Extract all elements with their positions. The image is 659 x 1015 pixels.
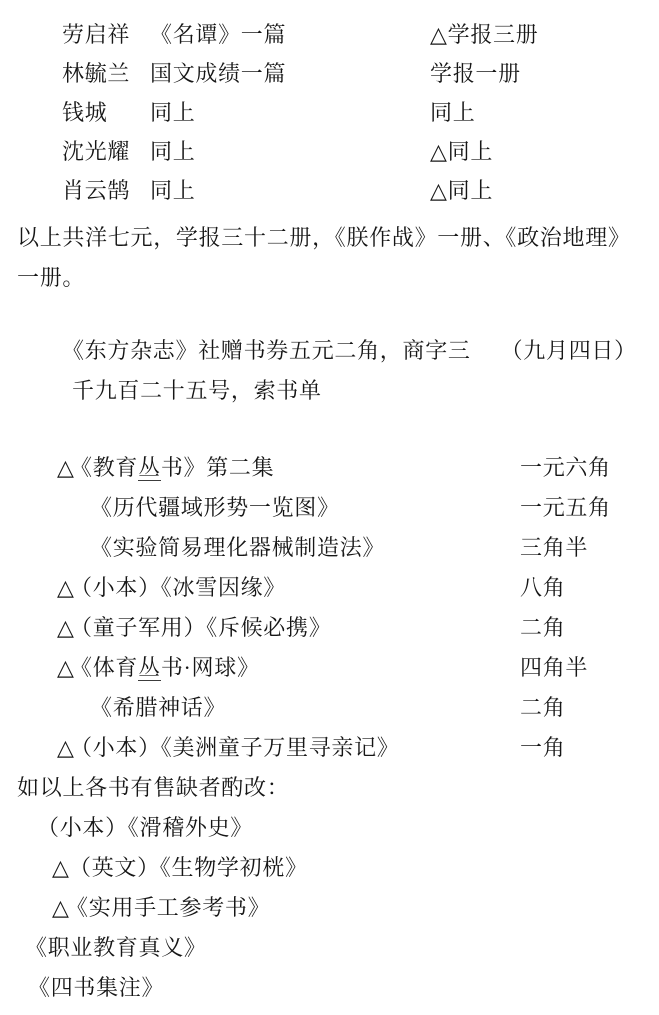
summary-line: 以上共洋七元，学报三十二册，《朕作战》一册、《政治地理》 xyxy=(0,218,659,258)
contributor-name: 沈光耀 xyxy=(62,132,150,171)
alternate-row: 《四书集注》 xyxy=(0,968,659,1008)
book-title: （童子军用）《斥候必携》 xyxy=(70,615,331,640)
book-row: △（小本）《美洲童子万里寻亲记》 一角 xyxy=(0,728,659,768)
book-row: 《实验简易理化器械制造法》 三角半 xyxy=(0,528,659,568)
substitution-note: 如以上各书有售缺者酌改： xyxy=(0,768,659,808)
book-title: 《四书集注》 xyxy=(28,975,164,1000)
journal-given: △同上 xyxy=(430,132,493,171)
book-title: 《职业教育真义》 xyxy=(25,935,207,960)
book-price: 二角 xyxy=(520,608,565,648)
book-price: 二角 xyxy=(520,688,565,728)
book-row: 《历代疆域形势一览图》 一元五角 xyxy=(0,488,659,528)
contribution-item: 国文成绩一篇 xyxy=(150,61,286,86)
contribution-item: 同上 xyxy=(150,178,195,203)
voucher-date: （九月四日） xyxy=(501,338,637,363)
book-title: 《历代疆域形势一览图》 xyxy=(90,495,340,520)
voucher-line: 千九百二十五号，索书单 xyxy=(0,371,659,411)
book-title: （小本）《美洲童子万里寻亲记》 xyxy=(70,735,400,760)
table-row: 林毓兰国文成绩一篇 学报一册 xyxy=(0,54,659,93)
diary-ledger-page: 劳启祥《名谭》一篇 △学报三册 林毓兰国文成绩一篇 学报一册 钱城同上 同上 沈… xyxy=(0,0,659,1015)
triangle-marker-icon: △ xyxy=(57,648,75,688)
book-price: 八角 xyxy=(520,568,565,608)
book-title: （英文）《生物学初桄》 xyxy=(69,855,308,880)
book-row: △（童子军用）《斥候必携》 二角 xyxy=(0,608,659,648)
alternate-row: △（英文）《生物学初桄》 xyxy=(0,848,659,888)
book-title: （小本）《滑稽外史》 xyxy=(37,815,253,840)
book-price: 四角半 xyxy=(520,648,588,688)
book-row: △《体育丛书·网球》 四角半 xyxy=(0,648,659,688)
alternate-book-list: （小本）《滑稽外史》 △（英文）《生物学初桄》 △《实用手工参考书》 《职业教育… xyxy=(0,808,659,1008)
underlined-char: 丛 xyxy=(138,455,161,481)
contributor-name: 钱城 xyxy=(62,93,150,132)
contribution-table: 劳启祥《名谭》一篇 △学报三册 林毓兰国文成绩一篇 学报一册 钱城同上 同上 沈… xyxy=(0,0,659,210)
contribution-item: 同上 xyxy=(150,100,195,125)
table-row: 钱城同上 同上 xyxy=(0,93,659,132)
book-price: 一元六角 xyxy=(520,448,611,488)
voucher-text: 《东方杂志》社赠书券五元二角，商字三 xyxy=(62,338,471,363)
summary-paragraph: 以上共洋七元，学报三十二册，《朕作战》一册、《政治地理》 一册。 xyxy=(0,218,659,298)
table-row: 肖云鹄同上 △同上 xyxy=(0,171,659,210)
triangle-marker-icon: △ xyxy=(57,568,75,608)
journal-given: 学报一册 xyxy=(430,54,521,93)
book-row: △（小本）《冰雪因缘》 八角 xyxy=(0,568,659,608)
contribution-item: 同上 xyxy=(150,139,195,164)
book-price: 一角 xyxy=(520,728,565,768)
book-title: 《希腊神话》 xyxy=(90,695,226,720)
triangle-marker-icon: △ xyxy=(52,848,70,888)
book-order-list: △《教育丛书》第二集 一元六角 《历代疆域形势一览图》 一元五角 《实验简易理化… xyxy=(0,448,659,768)
table-row: 沈光耀同上 △同上 xyxy=(0,132,659,171)
alternate-row: △《实用手工参考书》 xyxy=(0,888,659,928)
book-title: （小本）《冰雪因缘》 xyxy=(70,575,286,600)
voucher-line: 《东方杂志》社赠书券五元二角，商字三（九月四日） xyxy=(0,331,659,371)
journal-given: 同上 xyxy=(430,93,475,132)
book-title: 《教育丛书》第二集 xyxy=(70,455,274,481)
contribution-item: 《名谭》一篇 xyxy=(150,22,286,47)
triangle-marker-icon: △ xyxy=(57,728,75,768)
contributor-name: 林毓兰 xyxy=(62,54,150,93)
contributor-name: 肖云鹄 xyxy=(62,171,150,210)
table-row: 劳启祥《名谭》一篇 △学报三册 xyxy=(0,15,659,54)
voucher-note: 《东方杂志》社赠书券五元二角，商字三（九月四日） 千九百二十五号，索书单 xyxy=(0,331,659,411)
book-price: 一元五角 xyxy=(520,488,611,528)
summary-line: 一册。 xyxy=(0,258,659,298)
book-row: △《教育丛书》第二集 一元六角 xyxy=(0,448,659,488)
triangle-marker-icon: △ xyxy=(57,448,75,488)
journal-given: △同上 xyxy=(430,171,493,210)
book-row: 《希腊神话》 二角 xyxy=(0,688,659,728)
contributor-name: 劳启祥 xyxy=(62,15,150,54)
book-price: 三角半 xyxy=(520,528,588,568)
book-title: 《实验简易理化器械制造法》 xyxy=(90,535,385,560)
journal-given: △学报三册 xyxy=(430,15,538,54)
alternate-row: 《职业教育真义》 xyxy=(0,928,659,968)
book-title: 《实用手工参考书》 xyxy=(66,895,270,920)
alternate-row: （小本）《滑稽外史》 xyxy=(0,808,659,848)
underlined-char: 丛 xyxy=(138,655,161,681)
book-title: 《体育丛书·网球》 xyxy=(70,655,260,681)
note-line: 如以上各书有售缺者酌改： xyxy=(0,768,659,808)
triangle-marker-icon: △ xyxy=(57,608,75,648)
triangle-marker-icon: △ xyxy=(52,888,70,928)
